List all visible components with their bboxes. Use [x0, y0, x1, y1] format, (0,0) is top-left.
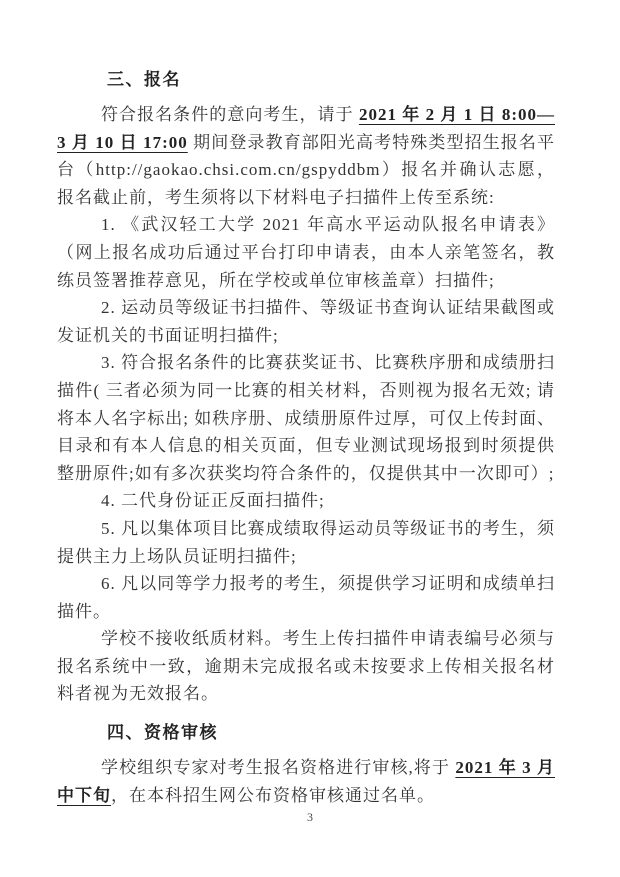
- text-run: 符合报名条件的意向考生，请于: [101, 105, 359, 124]
- text-run: 6. 凡以同等学力报考的考生，须提供学习证明和成绩单扫描件。: [57, 574, 555, 621]
- paragraph: 3. 符合报名条件的比赛获奖证书、比赛秩序册和成绩册扫描件( 三者必须为同一比赛…: [57, 349, 555, 487]
- document-page: 三、报名符合报名条件的意向考生，请于 2021 年 2 月 1 日 8:00—3…: [0, 0, 620, 877]
- paragraph: 学校不接收纸质材料。考生上传扫描件申请表编号必须与报名系统中一致，逾期未完成报名…: [57, 625, 555, 708]
- page-number: 3: [0, 810, 620, 825]
- section-heading: 四、资格审核: [57, 719, 555, 747]
- paragraph: 4. 二代身份证正反面扫描件;: [57, 487, 555, 515]
- paragraph: 符合报名条件的意向考生，请于 2021 年 2 月 1 日 8:00—3 月 1…: [57, 101, 555, 211]
- paragraph: 1. 《武汉轻工大学 2021 年高水平运动队报名申请表》（网上报名成功后通过平…: [57, 211, 555, 294]
- paragraph: 5. 凡以集体项目比赛成绩取得运动员等级证书的考生，须提供主力上场队员证明扫描件…: [57, 515, 555, 570]
- text-run: 3. 符合报名条件的比赛获奖证书、比赛秩序册和成绩册扫描件( 三者必须为同一比赛…: [57, 353, 555, 482]
- paragraph: 学校组织专家对考生报名资格进行审核,将于 2021 年 3 月中下旬，在本科招生…: [57, 754, 555, 809]
- section-heading: 三、报名: [57, 66, 555, 94]
- text-run: 学校组织专家对考生报名资格进行审核,将于: [101, 758, 455, 777]
- text-run: 5. 凡以集体项目比赛成绩取得运动员等级证书的考生，须提供主力上场队员证明扫描件…: [57, 519, 555, 566]
- paragraph: 2. 运动员等级证书扫描件、等级证书查询认证结果截图或发证机关的书面证明扫描件;: [57, 294, 555, 349]
- text-run: ，在本科招生网公布资格审核通过名单。: [111, 786, 435, 805]
- document-content: 三、报名符合报名条件的意向考生，请于 2021 年 2 月 1 日 8:00—3…: [57, 66, 555, 809]
- text-run: 4. 二代身份证正反面扫描件;: [101, 491, 325, 510]
- paragraph: 6. 凡以同等学力报考的考生，须提供学习证明和成绩单扫描件。: [57, 570, 555, 625]
- text-run: 1. 《武汉轻工大学 2021 年高水平运动队报名申请表》（网上报名成功后通过平…: [57, 215, 555, 289]
- text-run: 学校不接收纸质材料。考生上传扫描件申请表编号必须与报名系统中一致，逾期未完成报名…: [57, 629, 555, 703]
- text-run: 2. 运动员等级证书扫描件、等级证书查询认证结果截图或发证机关的书面证明扫描件;: [57, 298, 555, 345]
